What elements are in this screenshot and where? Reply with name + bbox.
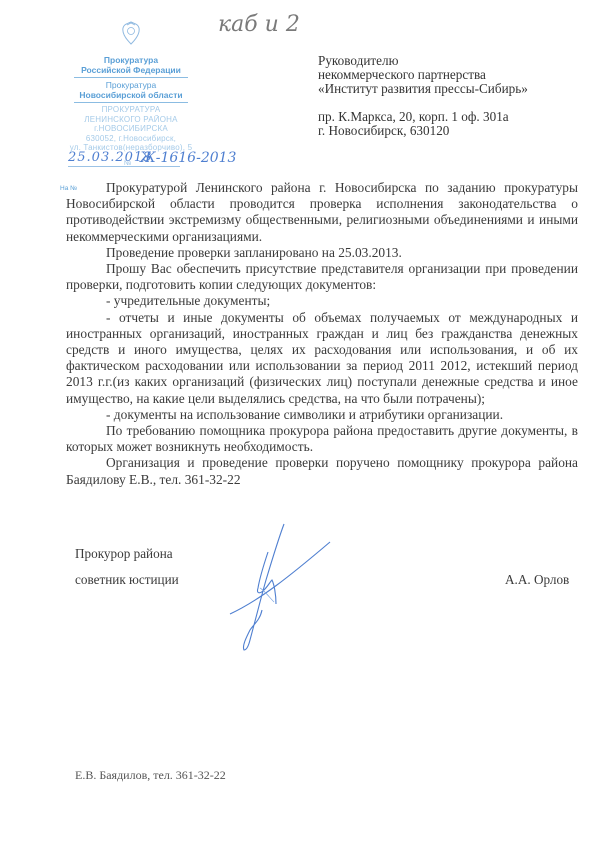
recipient-title: Руководителю [318, 54, 528, 68]
stamp-line: Российской Федерации [66, 65, 196, 75]
recipient-address: пр. К.Маркса, 20, корп. 1 оф. 301а [318, 110, 528, 124]
on-number-label: На № [60, 181, 77, 197]
prosecutor-stamp: Прокуратура Российской Федерации Прокура… [66, 20, 196, 153]
signer-name: А.А. Орлов [505, 572, 569, 588]
signature-icon [220, 520, 340, 660]
recipient-org-name: «Институт развития прессы-Сибирь» [318, 82, 528, 96]
stamp-number-label: № [124, 160, 132, 167]
list-item: - документы на использование символики и… [66, 407, 578, 423]
signer-rank: советник юстиции [75, 572, 179, 588]
stamp-line: 630052, г.Новосибирск, [66, 134, 196, 144]
stamp-line: ПРОКУРАТУРА [66, 105, 196, 115]
recipient-org-type: некоммерческого партнерства [318, 68, 528, 82]
stamp-line: ЛЕНИНСКОГО РАЙОНА [66, 115, 196, 125]
recipient-city: г. Новосибирск, 630120 [318, 124, 528, 138]
paragraph: Прошу Вас обеспечить присутствие предста… [66, 261, 578, 293]
stamp-line: Прокуратура [66, 80, 196, 90]
paragraph: По требованию помощника прокурора района… [66, 423, 578, 455]
handwritten-note: каб и 2 [218, 12, 300, 37]
paragraph: Проведение проверки запланировано на 25.… [66, 245, 578, 261]
recipient-block: Руководителю некоммерческого партнерства… [318, 54, 528, 138]
stamp-divider [74, 77, 188, 78]
executor-info: Е.В. Баядилов, тел. 361-32-22 [75, 768, 226, 783]
list-item: - отчеты и иные документы об объемах пол… [66, 310, 578, 407]
letter-body: На № Прокуратурой Ленинского района г. Н… [66, 180, 578, 488]
stamp-divider [74, 102, 188, 103]
stamp-number: Ж-1616-2013 [140, 150, 236, 166]
paragraph: Прокуратурой Ленинского района г. Новоси… [66, 180, 578, 245]
stamp-line: Прокуратура [66, 55, 196, 65]
signer-title: Прокурор района [75, 546, 173, 562]
list-item: - учредительные документы; [66, 293, 578, 309]
paragraph: Организация и проведение проверки поруче… [66, 455, 578, 487]
coat-of-arms-icon [120, 20, 142, 46]
stamp-line: Новосибирской области [66, 90, 196, 100]
stamp-line: г.НОВОСИБИРСКА [66, 124, 196, 134]
